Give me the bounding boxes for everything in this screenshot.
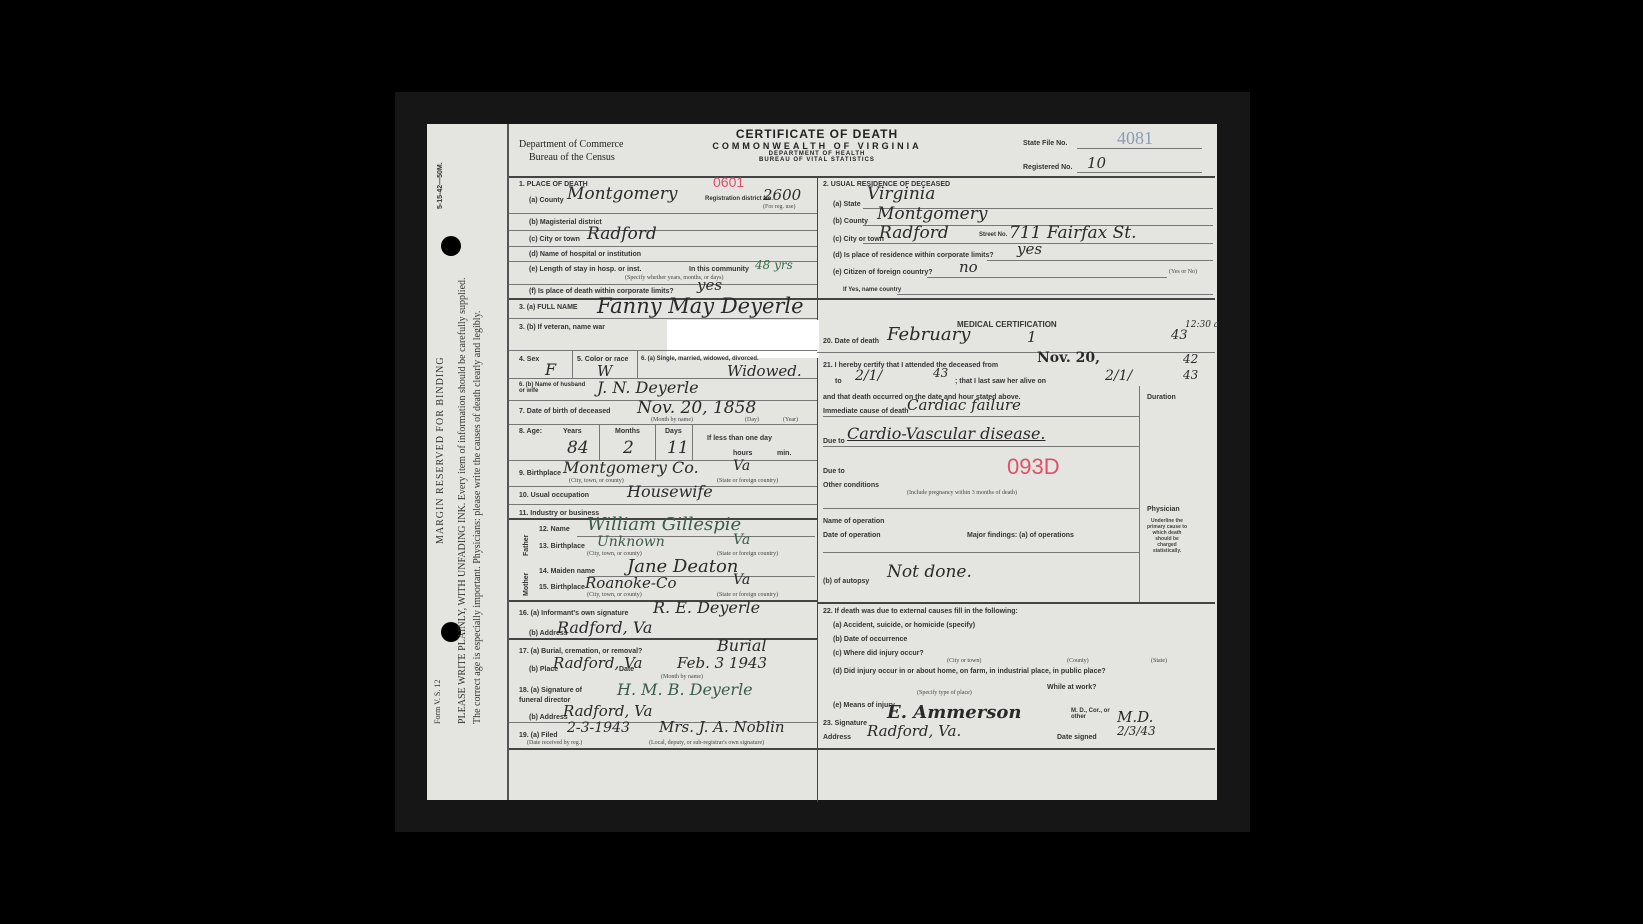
dept-line: Department of Commerce xyxy=(519,138,623,151)
attended-to-year: 43 xyxy=(933,366,948,380)
injury-place-label: (d) Did injury occur in or about home, o… xyxy=(833,668,1106,675)
last-saw-date: 2/1/ xyxy=(1105,368,1132,384)
birthplace-state: Va xyxy=(733,458,750,474)
registered-number: 10 xyxy=(1087,154,1106,172)
father-tag: Father xyxy=(523,535,530,556)
veteran-label: 3. (b) If veteran, name war xyxy=(519,324,605,331)
bureau-vital-stats: BUREAU OF VITAL STATISTICS xyxy=(697,157,937,163)
father-birthplace: Unknown xyxy=(597,534,665,550)
community-label: In this community xyxy=(689,266,749,273)
instruction-line-2: The correct age is especially important.… xyxy=(472,311,483,724)
registered-label: Registered No. xyxy=(1023,164,1072,171)
age-days: 11 xyxy=(667,438,689,458)
city-town-note: (City or town) xyxy=(947,658,981,664)
red-stamp: 0601 xyxy=(713,174,744,190)
filed-note: (Date received by reg.) xyxy=(527,740,582,746)
dob-day-note: (Day) xyxy=(745,417,759,423)
res-county: Montgomery xyxy=(877,204,987,224)
state-file-label: State File No. xyxy=(1023,140,1067,147)
informant-signature: R. E. Deyerle xyxy=(653,598,760,617)
due-to-cause: Cardio-Vascular disease. xyxy=(847,424,1046,443)
full-name: Fanny May Deyerle xyxy=(597,294,804,318)
hospital-label: (d) Name of hospital or institution xyxy=(529,251,641,258)
date-signed-label: Date signed xyxy=(1057,734,1097,741)
burial-date-label: Date xyxy=(619,666,634,673)
death-certificate: 5-15-42—50M. Form V. S. 12 MARGIN RESERV… xyxy=(427,124,1217,800)
attended-from-year: 42 xyxy=(1183,352,1198,366)
physician-label: Physician xyxy=(1147,506,1180,513)
binding-margin: 5-15-42—50M. Form V. S. 12 MARGIN RESERV… xyxy=(427,124,509,800)
immediate-cause-label: Immediate cause of death xyxy=(823,408,909,415)
res-corporate-value: yes xyxy=(1017,240,1042,258)
fd-address: Radford, Va xyxy=(563,702,652,720)
operation-label: Name of operation xyxy=(823,518,884,525)
country-label: If Yes, name country xyxy=(843,287,901,293)
other-conditions-label: Other conditions xyxy=(823,482,879,489)
state-note: (State or foreign country) xyxy=(717,478,778,484)
father-name: William Gillespie xyxy=(587,514,741,535)
city-note: (City, town, or county) xyxy=(569,478,624,484)
burial-date: Feb. 3 1943 xyxy=(677,654,767,672)
age-months: 2 xyxy=(623,438,634,458)
mother-birthplace-state: Va xyxy=(733,572,750,588)
days-label: Days xyxy=(665,428,682,435)
death-month: February xyxy=(887,324,970,345)
age-years: 84 xyxy=(567,438,589,458)
duration-label: Duration xyxy=(1147,394,1176,401)
medical-certification-heading: MEDICAL CERTIFICATION xyxy=(957,320,1057,329)
father-birthplace-state: Va xyxy=(733,532,750,548)
certificate-title-block: CERTIFICATE OF DEATH COMMONWEALTH OF VIR… xyxy=(697,127,937,163)
citizen-value: no xyxy=(959,258,978,276)
death-day: 1 xyxy=(1027,328,1037,346)
at-work-label: While at work? xyxy=(1047,684,1096,691)
external-causes-heading: 22. If death was due to external causes … xyxy=(823,608,1018,615)
punch-hole xyxy=(441,236,461,256)
attended-from: Nov. 20, xyxy=(1037,350,1100,366)
res-county-label: (b) County xyxy=(833,218,868,225)
death-city: Radford xyxy=(587,224,657,244)
state-col-note: (State) xyxy=(1151,658,1167,664)
reg-note: (For reg. use) xyxy=(763,204,796,210)
certificate-title: CERTIFICATE OF DEATH xyxy=(697,127,937,141)
funeral-director-signature: H. M. B. Deyerle xyxy=(617,680,753,699)
spouse-name: J. N. Deyerle xyxy=(597,378,699,397)
years-label: Years xyxy=(563,428,582,435)
res-state: Virginia xyxy=(867,184,935,204)
informant-address: Radford, Va xyxy=(557,618,652,637)
death-year: 43 xyxy=(1171,328,1188,343)
commonwealth-title: COMMONWEALTH OF VIRGINIA xyxy=(697,141,937,151)
res-city: Radford xyxy=(879,223,949,243)
mother-birthplace: Roanoke-Co xyxy=(585,574,677,592)
last-saw-label: ; that I last saw her alive on xyxy=(955,378,1046,385)
mother-bp-label: 15. Birthplace xyxy=(539,584,585,591)
registrar-note: (Local, deputy, or sub-registrar's own s… xyxy=(649,740,764,746)
bureau-line: Bureau of the Census xyxy=(519,151,623,164)
reg-district-number: 2600 xyxy=(763,186,801,204)
stay-label: (e) Length of stay in hosp. or inst. xyxy=(529,266,641,273)
burial-value: Burial xyxy=(717,636,766,655)
instruction-line-1: PLEASE WRITE PLAINLY, WITH UNFADING INK.… xyxy=(457,277,468,724)
age-label: 8. Age: xyxy=(519,428,542,435)
md-label: M. D., Cor., or other xyxy=(1071,708,1111,720)
autopsy-value: Not done. xyxy=(887,562,972,582)
res-state-label: (a) State xyxy=(833,201,861,208)
redaction-box xyxy=(667,320,819,358)
signature-label: 23. Signature xyxy=(823,720,867,727)
registrar-signature: Mrs. J. A. Noblin xyxy=(659,718,785,736)
hours-label: hours xyxy=(733,450,752,457)
res-city-label: (c) City or town xyxy=(833,236,884,243)
death-city-label: (c) City or town xyxy=(529,236,580,243)
means-label: (e) Means of injury xyxy=(833,702,895,709)
autopsy-label: (b) of autopsy xyxy=(823,578,869,585)
margin-reserved-text: MARGIN RESERVED FOR BINDING xyxy=(435,356,446,544)
date-of-death-label: 20. Date of death xyxy=(823,338,879,345)
sex-value: F xyxy=(545,360,556,379)
red-cause-code: 093D xyxy=(1007,454,1060,480)
date-of-birth: Nov. 20, 1858 xyxy=(637,398,756,418)
city-note: (City, town, or county) xyxy=(587,592,642,598)
physician-signature: E. Ammerson xyxy=(887,702,1021,723)
death-county: Montgomery xyxy=(567,184,677,204)
due-to-2-label: Due to xyxy=(823,468,845,475)
county-note: (County) xyxy=(1067,658,1089,664)
less-than-day-label: If less than one day xyxy=(707,435,772,442)
due-to-label: Due to xyxy=(823,438,845,445)
filed-date: 2-3-1943 xyxy=(567,720,630,736)
attended-to: 2/1/ xyxy=(855,368,882,384)
occurrence-label: (b) Date of occurrence xyxy=(833,636,907,643)
occupation: Housewife xyxy=(627,482,713,501)
filed-label: 19. (a) Filed xyxy=(519,732,558,739)
accident-label: (a) Accident, suicide, or homicide (spec… xyxy=(833,622,975,629)
attended-label: 21. I hereby certify that I attended the… xyxy=(823,362,998,369)
father-name-label: 12. Name xyxy=(539,526,570,533)
dob-month-note: (Month by name) xyxy=(651,417,693,423)
physician-note: Underline the primary cause to which dea… xyxy=(1145,518,1189,554)
form-number: Form V. S. 12 xyxy=(433,680,442,724)
father-bp-label: 13. Birthplace xyxy=(539,543,585,550)
to-label: to xyxy=(835,378,842,385)
death-corporate-value: yes xyxy=(697,276,722,294)
occupation-label: 10. Usual occupation xyxy=(519,492,589,499)
op-date-label: Date of operation xyxy=(823,532,881,539)
last-saw-year: 43 xyxy=(1183,368,1198,382)
where-label: (c) Where did injury occur? xyxy=(833,650,924,657)
informant-sig-label: 16. (a) Informant's own signature xyxy=(519,610,628,617)
community-stay: 48 yrs xyxy=(755,258,793,272)
street-label: Street No. xyxy=(979,232,1007,238)
dob-year-note: (Year) xyxy=(783,417,798,423)
birthplace: Montgomery Co. xyxy=(563,458,699,477)
months-label: Months xyxy=(615,428,640,435)
sex-label: 4. Sex xyxy=(519,356,539,363)
death-time: 12:30 a xyxy=(1185,320,1219,330)
citizen-label: (e) Citizen of foreign country? xyxy=(833,269,933,276)
birthplace-label: 9. Birthplace xyxy=(519,470,561,477)
findings-label: Major findings: (a) of operations xyxy=(967,532,1074,539)
form-code: 5-15-42—50M. xyxy=(437,162,444,209)
full-name-label: 3. (a) FULL NAME xyxy=(519,304,578,311)
spouse-label: 6. (b) Name of husband or wife xyxy=(519,382,589,394)
specify-note: (Specify type of place) xyxy=(917,690,972,696)
dob-label: 7. Date of birth of deceased xyxy=(519,408,610,415)
state-file-number: 4081 xyxy=(1117,128,1153,149)
county-label: (a) County xyxy=(529,197,564,204)
min-label: min. xyxy=(777,450,791,457)
immediate-cause: Cardiac failure xyxy=(907,396,1021,414)
fd-address-label: (b) Address xyxy=(529,714,568,721)
yes-no-note: (Yes or No) xyxy=(1169,269,1197,275)
pregnancy-note: (Include pregnancy within 3 months of de… xyxy=(907,490,1017,496)
issuing-department: Department of Commerce Bureau of the Cen… xyxy=(519,138,623,164)
mother-tag: Mother xyxy=(523,573,530,596)
physician-address-label: Address xyxy=(823,734,851,741)
date-signed: 2/3/43 xyxy=(1117,724,1156,738)
physician-address: Radford, Va. xyxy=(867,722,961,740)
